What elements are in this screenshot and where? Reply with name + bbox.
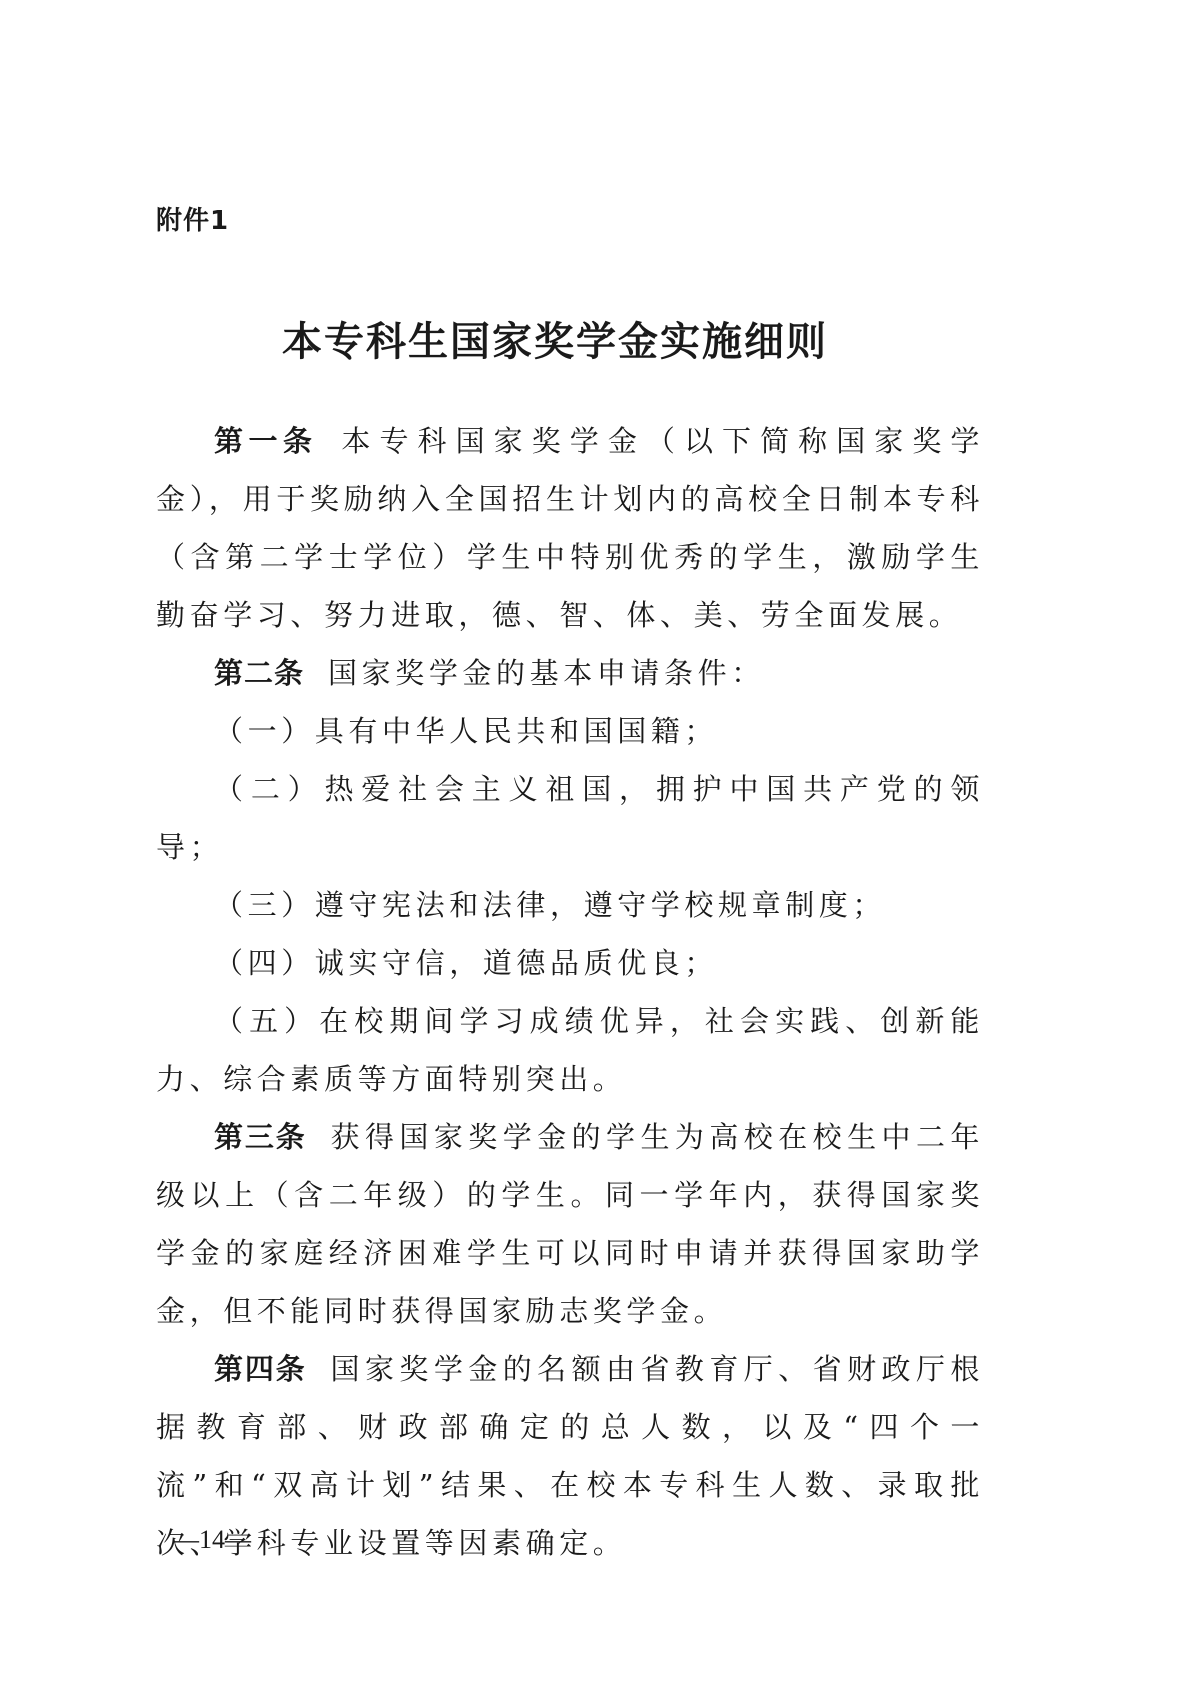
article-3: 第三条获得国家奖学金的学生为高校在校生中二年级以上（含二年级）的学生。同一学年内…: [156, 1108, 984, 1340]
document-title: 本专科生国家奖学金实施细则: [0, 310, 1110, 367]
document-body: 第一条本专科国家奖学金（以下简称国家奖学金），用于奖励纳入全国招生计划内的高校全…: [156, 412, 984, 1572]
article-label: 第四条: [214, 1352, 307, 1386]
article-1: 第一条本专科国家奖学金（以下简称国家奖学金），用于奖励纳入全国招生计划内的高校全…: [156, 412, 984, 644]
article-text: 国家奖学金的基本申请条件：: [328, 656, 765, 690]
condition-item: （五）在校期间学习成绩优异，社会实践、创新能力、综合素质等方面特别突出。: [156, 992, 984, 1108]
condition-item: （二）热爱社会主义祖国，拥护中国共产党的领导；: [156, 760, 984, 876]
article-label: 第二条: [214, 656, 304, 690]
condition-item: （四）诚实守信，道德品质优良；: [156, 934, 984, 992]
article-label: 第三条: [214, 1120, 307, 1154]
condition-item: （三）遵守宪法和法律，遵守学校规章制度；: [156, 876, 984, 934]
article-label: 第一条: [214, 424, 317, 458]
page-number: —14—: [173, 1525, 251, 1555]
article-4: 第四条国家奖学金的名额由省教育厅、省财政厅根据教育部、财政部确定的总人数，以及“…: [156, 1340, 984, 1572]
attachment-label: 附件1: [156, 200, 229, 237]
article-2: 第二条国家奖学金的基本申请条件：: [156, 644, 984, 702]
condition-item: （一）具有中华人民共和国国籍；: [156, 702, 984, 760]
